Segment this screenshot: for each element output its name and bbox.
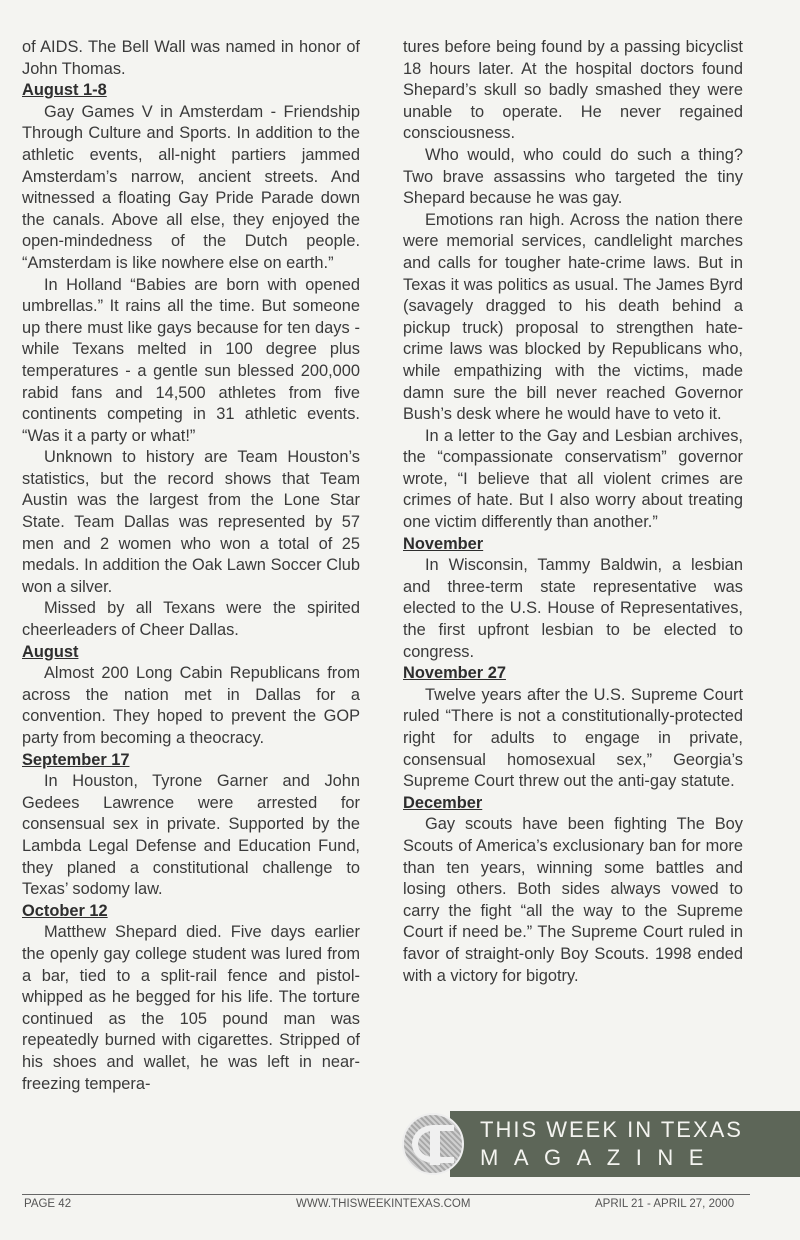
paragraph: In a letter to the Gay and Lesbian archi… xyxy=(403,426,743,534)
article-left-column: of AIDS. The Bell Wall was named in hono… xyxy=(22,37,360,1095)
section-heading: August xyxy=(22,642,360,664)
section-heading: November xyxy=(403,534,743,556)
paragraph: Twelve years after the U.S. Supreme Cour… xyxy=(403,685,743,793)
paragraph: Unknown to history are Team Houston’s st… xyxy=(22,447,360,598)
paragraph: Who would, who could do such a thing? Tw… xyxy=(403,145,743,210)
section-heading: September 17 xyxy=(22,750,360,772)
section-heading: August 1-8 xyxy=(22,80,360,102)
paragraph: Matthew Shepard died. Five days earlier … xyxy=(22,922,360,1095)
section-heading: November 27 xyxy=(403,663,743,685)
paragraph: Gay scouts have been fighting The Boy Sc… xyxy=(403,814,743,987)
paragraph: of AIDS. The Bell Wall was named in hono… xyxy=(22,37,360,80)
section-heading: October 12 xyxy=(22,901,360,923)
banner-subtitle: MAGAZINE xyxy=(480,1145,719,1171)
footer-rule xyxy=(22,1194,750,1195)
paragraph: Missed by all Texans were the spirited c… xyxy=(22,598,360,641)
article-right-column: tures before being found by a passing bi… xyxy=(403,37,743,987)
magazine-banner: THIS WEEK IN TEXAS MAGAZINE xyxy=(400,1111,800,1177)
website-url: WWW.THISWEEKINTEXAS.COM xyxy=(296,1198,470,1210)
paragraph: Emotions ran high. Across the nation the… xyxy=(403,210,743,426)
paragraph: Almost 200 Long Cabin Republicans from a… xyxy=(22,663,360,749)
twt-logo-icon xyxy=(402,1113,464,1175)
section-heading: December xyxy=(403,793,743,815)
page-number: PAGE 42 xyxy=(24,1198,71,1210)
paragraph: In Holland “Babies are born with opened … xyxy=(22,275,360,448)
paragraph: Gay Games V in Amsterdam - Friendship Th… xyxy=(22,102,360,275)
banner-title: THIS WEEK IN TEXAS xyxy=(480,1117,743,1143)
paragraph: In Wisconsin, Tammy Baldwin, a lesbian a… xyxy=(403,555,743,663)
paragraph: In Houston, Tyrone Garner and John Gedee… xyxy=(22,771,360,901)
paragraph: tures before being found by a passing bi… xyxy=(403,37,743,145)
issue-date: APRIL 21 - APRIL 27, 2000 xyxy=(595,1198,734,1210)
